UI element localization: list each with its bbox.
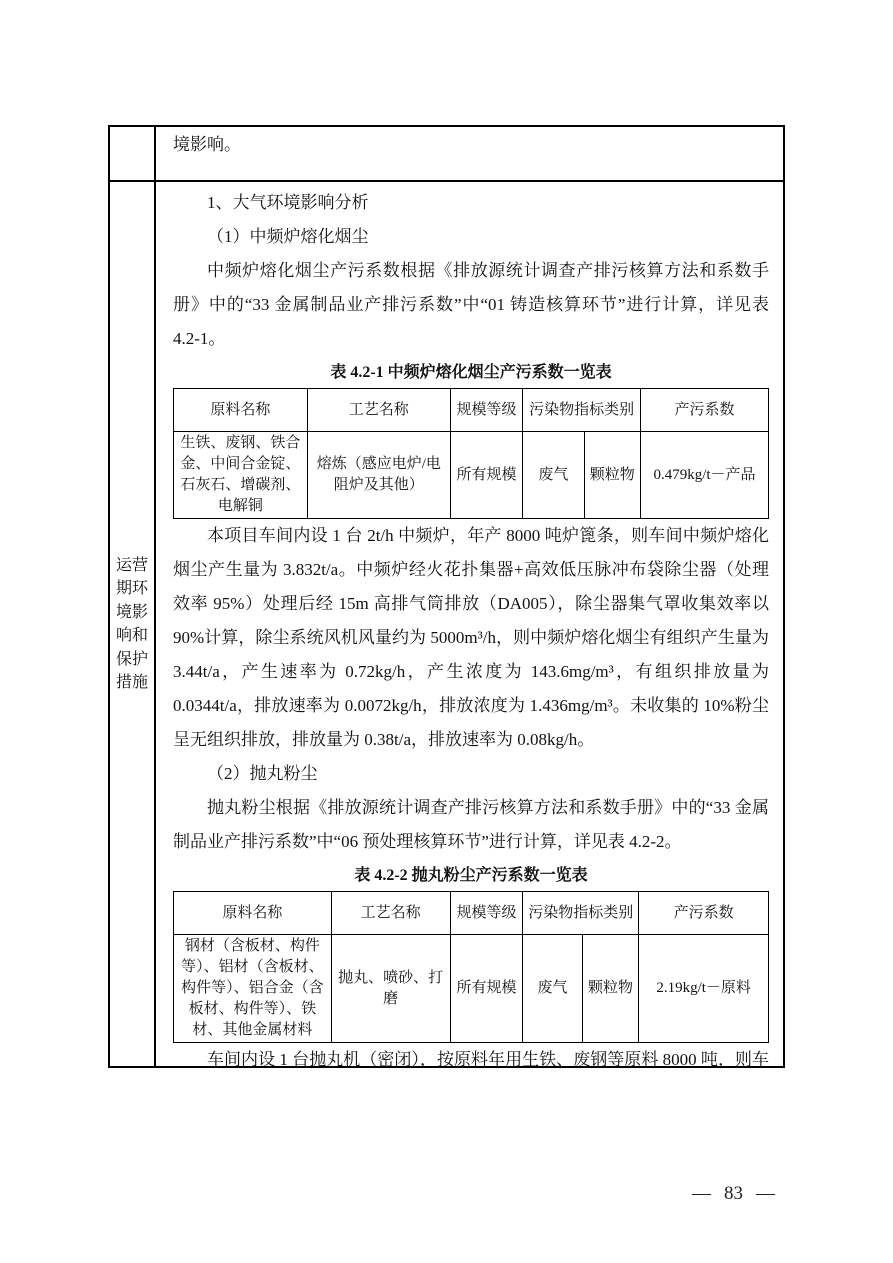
table-4-2-2: 原料名称 工艺名称 规模等级 污染物指标类别 产污系数 钢材（含板材、构件等）、… bbox=[173, 891, 769, 1043]
outer-table: 境影响。 运营期环境影响和保护措施 1、大气环境影响分析 （1）中频炉熔化烟尘 … bbox=[108, 125, 785, 1068]
td-waste-gas: 废气 bbox=[523, 935, 583, 1043]
td-material-name: 生铁、废钢、铁合金、中间合金锭、石灰石、增碳剂、电解铜 bbox=[174, 432, 308, 519]
td-process-name: 抛丸、喷砂、打磨 bbox=[331, 935, 450, 1043]
table-4-2-1-header-row: 原料名称 工艺名称 规模等级 污染物指标类别 产污系数 bbox=[174, 389, 769, 432]
paragraph-4: 车间内设 1 台抛丸机（密闭），按原料年用生铁、废钢等原料 8000 吨，则车间… bbox=[173, 1043, 769, 1066]
td-particulate: 颗粒物 bbox=[584, 432, 641, 519]
td-scale-level: 所有规模 bbox=[450, 432, 523, 519]
subsection-heading-1: （1）中频炉熔化烟尘 bbox=[173, 220, 769, 254]
footer-right-dash: — bbox=[756, 1183, 775, 1205]
table-caption-2: 表 4.2-2 抛丸粉尘产污系数一览表 bbox=[173, 862, 769, 889]
td-pollution-coefficient: 0.479kg/t－产品 bbox=[641, 432, 769, 519]
document-page: 境影响。 运营期环境影响和保护措施 1、大气环境影响分析 （1）中频炉熔化烟尘 … bbox=[0, 0, 893, 1263]
footer-page-number: 83 bbox=[724, 1183, 743, 1205]
td-particulate: 颗粒物 bbox=[582, 935, 639, 1043]
th-pollutant-category: 污染物指标类别 bbox=[523, 389, 641, 432]
th-process-name: 工艺名称 bbox=[307, 389, 450, 432]
continuation-label-cell bbox=[110, 127, 156, 182]
paragraph-1: 中频炉熔化烟尘产污系数根据《排放源统计调查产排污核算方法和系数手册》中的“33 … bbox=[173, 254, 769, 356]
page-footer: — 83 — bbox=[0, 1183, 775, 1205]
sidebar-label: 运营期环境影响和保护措施 bbox=[114, 554, 150, 695]
td-process-name: 熔炼（感应电炉/电阻炉及其他） bbox=[307, 432, 450, 519]
th-scale-level: 规模等级 bbox=[450, 892, 523, 935]
td-pollution-coefficient: 2.19kg/t－原料 bbox=[639, 935, 769, 1043]
section-heading: 1、大气环境影响分析 bbox=[173, 186, 769, 220]
th-scale-level: 规模等级 bbox=[450, 389, 523, 432]
footer-left-dash: — bbox=[692, 1183, 711, 1205]
th-pollutant-category: 污染物指标类别 bbox=[523, 892, 639, 935]
table-4-2-2-data-row: 钢材（含板材、构件等）、铝材（含板材、构件等）、铝合金（含板材、构件等）、铁材、… bbox=[174, 935, 769, 1043]
content-cell: 1、大气环境影响分析 （1）中频炉熔化烟尘 中频炉熔化烟尘产污系数根据《排放源统… bbox=[156, 182, 783, 1066]
th-material-name: 原料名称 bbox=[174, 892, 332, 935]
td-waste-gas: 废气 bbox=[523, 432, 584, 519]
paragraph-2: 本项目车间内设 1 台 2t/h 中频炉，年产 8000 吨炉篦条，则车间中频炉… bbox=[173, 519, 769, 757]
th-pollution-coefficient: 产污系数 bbox=[641, 389, 769, 432]
table-4-2-1: 原料名称 工艺名称 规模等级 污染物指标类别 产污系数 生铁、废钢、铁合金、中间… bbox=[173, 388, 769, 519]
table-caption-1: 表 4.2-1 中频炉熔化烟尘产污系数一览表 bbox=[173, 359, 769, 386]
th-pollution-coefficient: 产污系数 bbox=[639, 892, 769, 935]
continuation-text: 境影响。 bbox=[173, 135, 241, 154]
th-material-name: 原料名称 bbox=[174, 389, 308, 432]
td-material-name: 钢材（含板材、构件等）、铝材（含板材、构件等）、铝合金（含板材、构件等）、铁材、… bbox=[174, 935, 332, 1043]
table-4-2-1-data-row: 生铁、废钢、铁合金、中间合金锭、石灰石、增碳剂、电解铜 熔炼（感应电炉/电阻炉及… bbox=[174, 432, 769, 519]
td-scale-level: 所有规模 bbox=[450, 935, 523, 1043]
continuation-text-cell: 境影响。 bbox=[156, 127, 783, 182]
table-4-2-2-header-row: 原料名称 工艺名称 规模等级 污染物指标类别 产污系数 bbox=[174, 892, 769, 935]
paragraph-3: 抛丸粉尘根据《排放源统计调查产排污核算方法和系数手册》中的“33 金属制品业产排… bbox=[173, 791, 769, 859]
th-process-name: 工艺名称 bbox=[331, 892, 450, 935]
sidebar-cell: 运营期环境影响和保护措施 bbox=[110, 182, 156, 1066]
subsection-heading-2: （2）抛丸粉尘 bbox=[173, 757, 769, 791]
